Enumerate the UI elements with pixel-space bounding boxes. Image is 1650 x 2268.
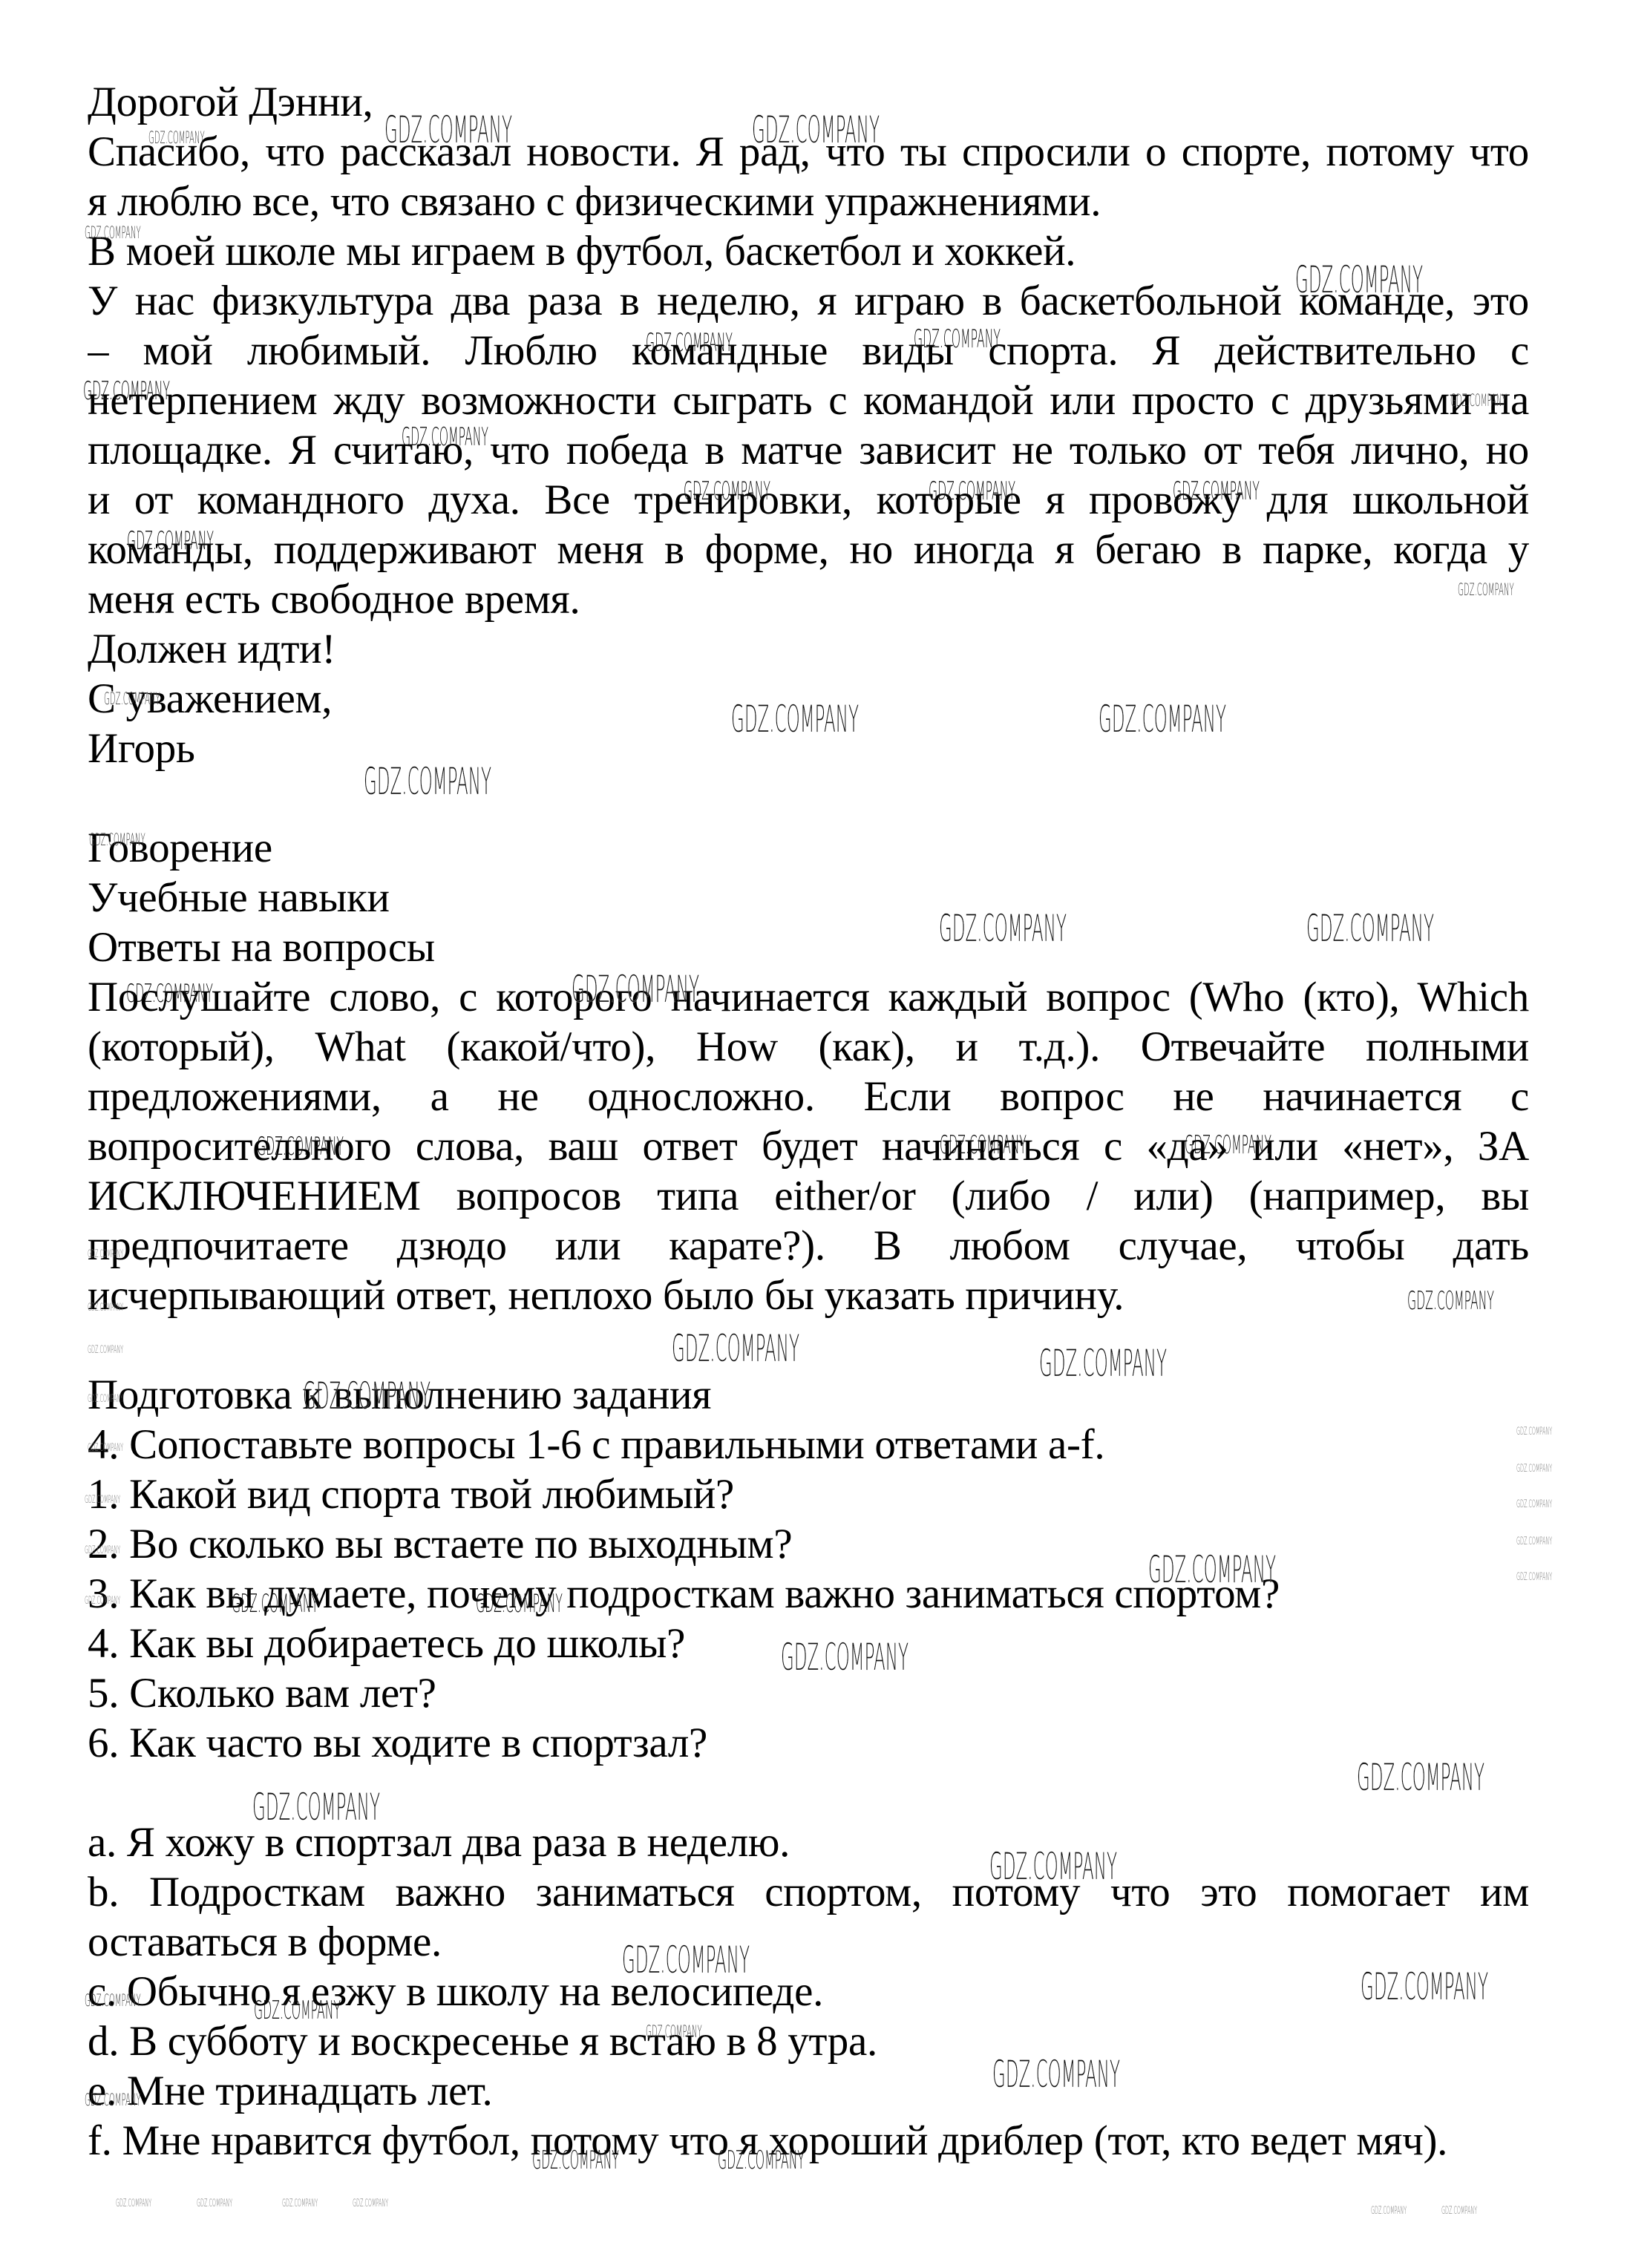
letter-signature: Игорь bbox=[88, 724, 1529, 773]
spacer bbox=[88, 773, 1529, 823]
task-instruction: 4. Сопоставьте вопросы 1-6 с правильными… bbox=[88, 1420, 1529, 1469]
answer-item: a. Я хожу в спортзал два раза в неделю. bbox=[88, 1818, 1529, 1867]
instructions-line: Послушайте слово, с которого начинается … bbox=[88, 972, 1529, 1022]
document-page: Дорогой Дэнни, Спасибо, что рассказал но… bbox=[0, 0, 1650, 2268]
instructions-line: ИСКЛЮЧЕНИЕМ вопросов типа either/or (либ… bbox=[88, 1171, 1529, 1221]
letter-line: нетерпением жду возможности сыграть с ко… bbox=[88, 376, 1529, 425]
answer-item: b. Подросткам важно заниматься спортом, … bbox=[88, 1867, 1529, 1917]
letter-line: В моей школе мы играем в футбол, баскетб… bbox=[88, 226, 1529, 276]
question-item: 6. Как часто вы ходите в спортзал? bbox=[88, 1718, 1529, 1768]
watermark: GDZ.COMPANY bbox=[1441, 2206, 1477, 2216]
watermark: GDZ.COMPANY bbox=[1371, 2206, 1407, 2216]
instructions-line: (который), What (какой/что), How (как), … bbox=[88, 1022, 1529, 1072]
letter-line: меня есть свободное время. bbox=[88, 574, 1529, 624]
letter-line: площадке. Я считаю, что победа в матче з… bbox=[88, 425, 1529, 475]
spacer bbox=[88, 1320, 1529, 1370]
topic-title: Ответы на вопросы bbox=[88, 922, 1529, 972]
letter-line: Спасибо, что рассказал новости. Я рад, ч… bbox=[88, 127, 1529, 177]
instructions-line: предпочитаете дзюдо или карате?). В любо… bbox=[88, 1221, 1529, 1271]
answer-item-continued: оставаться в форме. bbox=[88, 1917, 1529, 1967]
question-item: 1. Какой вид спорта твой любимый? bbox=[88, 1469, 1529, 1519]
question-item: 2. Во сколько вы встаете по выходным? bbox=[88, 1519, 1529, 1569]
instructions-line: исчерпывающий ответ, неплохо было бы ука… bbox=[88, 1271, 1529, 1320]
answer-item: d. В субботу и воскресенье я встаю в 8 у… bbox=[88, 2016, 1529, 2066]
letter-greeting: Дорогой Дэнни, bbox=[88, 77, 1529, 127]
answer-item: e. Мне тринадцать лет. bbox=[88, 2066, 1529, 2116]
letter-line: – мой любимый. Люблю командные виды спор… bbox=[88, 326, 1529, 376]
instructions-line: вопросительного слова, ваш ответ будет н… bbox=[88, 1121, 1529, 1171]
letter-signoff: С уважением, bbox=[88, 674, 1529, 724]
spacer bbox=[88, 1768, 1529, 1818]
subsection-title: Учебные навыки bbox=[88, 873, 1529, 922]
letter-line: У нас физкультура два раза в неделю, я и… bbox=[88, 276, 1529, 326]
task-title: Подготовка к выполнению задания bbox=[88, 1370, 1529, 1420]
instructions-line: предложениями, а не односложно. Если воп… bbox=[88, 1072, 1529, 1121]
question-item: 4. Как вы добираетесь до школы? bbox=[88, 1619, 1529, 1668]
letter-line: и от командного духа. Все тренировки, ко… bbox=[88, 475, 1529, 525]
watermark: GDZ.COMPANY bbox=[282, 2198, 318, 2209]
watermark: GDZ.COMPANY bbox=[353, 2198, 388, 2209]
text-column: Дорогой Дэнни, Спасибо, что рассказал но… bbox=[88, 77, 1529, 2166]
answer-item: f. Мне нравится футбол, потому что я хор… bbox=[88, 2116, 1529, 2166]
watermark: GDZ.COMPANY bbox=[197, 2198, 232, 2209]
letter-line: команды, поддерживают меня в форме, но и… bbox=[88, 525, 1529, 574]
section-title: Говорение bbox=[88, 823, 1529, 873]
question-item: 5. Сколько вам лет? bbox=[88, 1668, 1529, 1718]
watermark: GDZ.COMPANY bbox=[116, 2198, 151, 2209]
letter-closing-line: Должен идти! bbox=[88, 624, 1529, 674]
letter-line: я люблю все, что связано с физическими у… bbox=[88, 177, 1529, 226]
question-item: 3. Как вы думаете, почему подросткам важ… bbox=[88, 1569, 1529, 1619]
answer-item: c. Обычно я езжу в школу на велосипеде. bbox=[88, 1967, 1529, 2016]
